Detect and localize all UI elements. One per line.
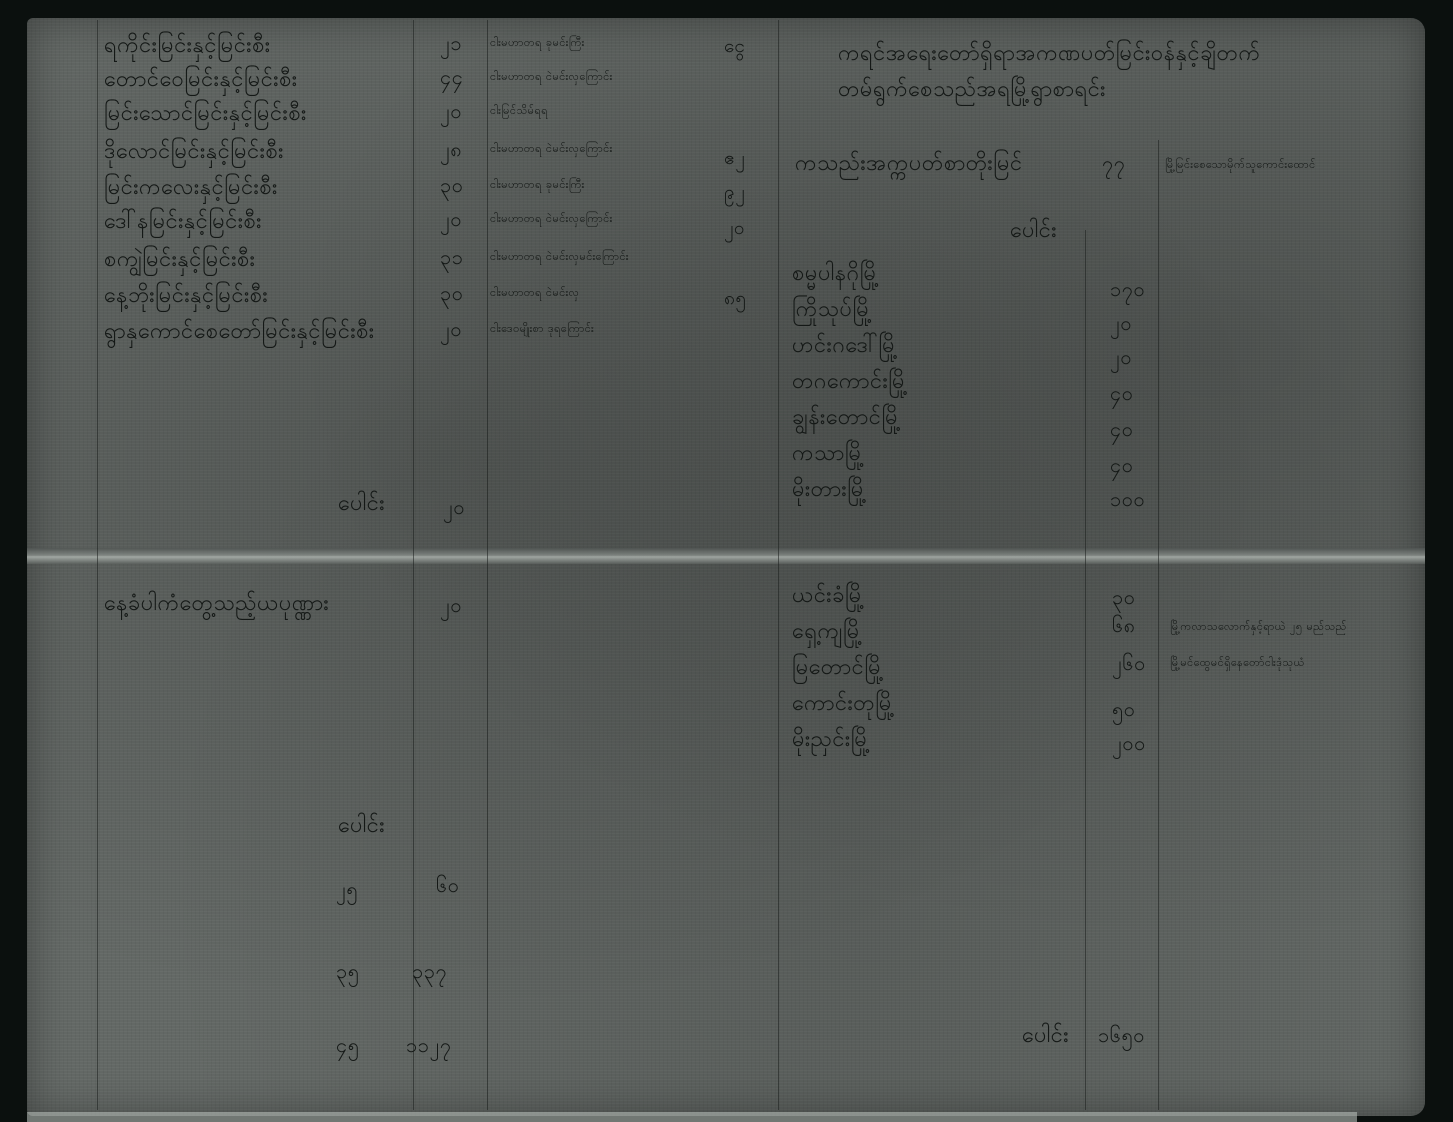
sum-value: ၁၁၂၇: [406, 1032, 452, 1062]
side-mark: ငွေ: [724, 34, 745, 62]
sum-label: ၄၅: [336, 1032, 360, 1062]
town-note: မြို့ကလာသလောက်နှင့်ရာယဲ ၂၅ မည်သည်: [1170, 620, 1347, 636]
unit-count: ၂၀: [440, 316, 462, 346]
town-value: ၂၀၀: [1112, 730, 1146, 760]
ledger-subheading-note: မြို့မြင်းစေသောမိုက်သူကောင်းထောင်: [1165, 158, 1316, 174]
ledger-subheading: ကသည်းအက္ကပတ်စာတိုးမြင်: [795, 148, 1023, 181]
left-upper-total-value: ၂၀: [443, 494, 465, 524]
town-value: ၅၀: [1112, 696, 1136, 726]
horse-unit-name: ရွာနှကောင်စေတော်မြင်းနှင့်မြင်းစီး: [104, 316, 375, 349]
horse-unit-name: ဒေါ်နမြင်းနှင့်မြင်းစီး: [104, 206, 262, 239]
town-value: ၂၀: [1110, 344, 1132, 374]
unit-count: ၃၀: [440, 280, 464, 310]
side-mark: ဧ၂: [724, 146, 745, 174]
sum-value: ၃၃၇: [412, 958, 447, 988]
commander-note: ငါးမဟာတရ ခုမင်းကြီး: [490, 36, 585, 52]
page-fold: [27, 548, 1425, 564]
town-name: ချွန်းတောင်မြို့: [792, 402, 902, 435]
ledger-heading-line1: ကရင်အရေးတော်ရှိရာအကဏပတ်မြင်းဝန်နှင့်ချိတ…: [838, 38, 1260, 71]
town-value: ၁၀၀: [1110, 486, 1145, 516]
horse-unit-name: ရကိုင်းမြင်းနှင့်မြင်းစီး: [104, 30, 271, 63]
lower-row-count: ၂၀: [440, 592, 462, 622]
rule-line: [1158, 140, 1159, 1110]
rule-line: [413, 20, 414, 1110]
town-name: ကောင်းတုမြို့: [792, 688, 895, 721]
unit-count: ၄၄: [440, 64, 464, 94]
ledger-heading-line2: တမ်ရွက်စေသည်အရမြို့ရွာစာရင်း: [838, 74, 1106, 107]
town-value: ၄၀: [1110, 380, 1134, 410]
side-mark: ၈၅: [724, 286, 747, 314]
town-name: ရှေ့ကျမြို့: [792, 616, 863, 649]
left-upper-total-label: ပေါင်း: [338, 488, 385, 521]
horse-unit-name: ဒိုလောင်မြင်းနှင့်မြင်းစီး: [104, 136, 284, 169]
town-name: ကသာမြို့: [792, 438, 865, 471]
town-name: ယင်းခံမြို့: [792, 580, 865, 613]
town-name: မြတောင်မြို့: [792, 652, 885, 685]
town-name: စမ္မပါနဂိုမြို့: [792, 258, 880, 291]
rule-line: [1085, 230, 1086, 1110]
unit-count: ၂၀: [440, 206, 462, 236]
commander-note: ငါးမြင်သိမ်ရရ: [490, 104, 548, 120]
unit-count: ၂၈: [440, 136, 462, 166]
horse-unit-name: မြင်းကလေးနှင့်မြင်းစီး: [104, 172, 278, 205]
rule-line: [778, 20, 779, 1110]
unit-count: ၂၁: [440, 30, 462, 60]
commander-note: ငါးမဟာတရ ငဲမင်းလှကြောင်း: [490, 142, 613, 158]
commander-note: ငါးမဟာတရ ခုမင်းကြီး: [490, 178, 585, 194]
horse-unit-name: မြင်းသောင်မြင်းနှင့်မြင်းစီး: [104, 98, 307, 131]
commander-note: ငါးမဟာတရ ငဲမင်းလှကြောင်း: [490, 70, 613, 86]
town-name: ကြိုသုပ်မြို့: [792, 294, 873, 327]
town-value: ၂၀: [1110, 310, 1132, 340]
sum-value: ၆၀: [436, 872, 460, 902]
side-mark: ၉၂: [724, 180, 745, 208]
town-name: မိုးညှင်းမြို့: [792, 724, 871, 757]
town-value: ၁၇၀: [1110, 276, 1145, 306]
town-value: ၄၀: [1110, 416, 1134, 446]
town-note: မြို့မင်ထွေမင်ရှိနေတော်ငါးဒုံသုယံ: [1170, 656, 1305, 672]
horse-unit-name: တောင်ဝေမြင်းနှင့်မြင်းစီး: [104, 64, 298, 97]
commander-note: ငါးမဟာတရ ငဲမင်းလှကြောင်း: [490, 212, 613, 228]
horse-unit-name: စကျွဲမြင်းနှင့်မြင်းစီး: [104, 244, 256, 277]
sum-label: ၃၅: [336, 958, 360, 988]
ledger-subheading-value: ၇၇: [1102, 150, 1126, 180]
sum-label: ၂၅: [336, 876, 358, 906]
lower-row-name: နေ့ခံပါကံတွေ့သည့်ယပုဏ္ဏား: [104, 588, 329, 621]
town-value: ၆၈: [1112, 612, 1136, 642]
town-name: တဂကောင်းမြို့: [792, 366, 908, 399]
commander-note: ငါးမဟာတရ ငဲမင်းလှမင်းကြောင်း: [490, 250, 629, 266]
sheet-bottom-edge: [27, 1112, 1357, 1122]
right-subtotal-label: ပေါင်း: [1010, 215, 1057, 248]
town-value: ၃၀: [1112, 584, 1136, 614]
rule-line: [487, 20, 488, 1110]
town-name: မိုးတားမြို့: [792, 474, 867, 507]
commander-note: ငါးဒေဝမျိုးစာ ဒုရကြောင်း: [490, 322, 594, 338]
commander-note: ငါးမဟာတရ ငဲမင်းလှ: [490, 286, 579, 302]
rule-line: [97, 20, 98, 1110]
town-name: ဟင်းဂဒေါ်မြို့: [792, 330, 899, 363]
lower-total-label: ပေါင်း: [338, 810, 385, 843]
town-value: ၄၀: [1110, 452, 1134, 482]
grand-total-label: ပေါင်း: [1022, 1020, 1069, 1053]
grand-total-value: ၁၆၅၀: [1098, 1022, 1145, 1052]
unit-count: ၃၁: [440, 244, 464, 274]
side-mark: ၂၀: [724, 216, 745, 244]
unit-count: ၃၀: [440, 172, 464, 202]
town-value: ၂၆၀: [1112, 650, 1146, 680]
unit-count: ၂၀: [440, 98, 462, 128]
horse-unit-name: နေ့ဘိုးမြင်းနှင့်မြင်းစီး: [104, 280, 268, 313]
